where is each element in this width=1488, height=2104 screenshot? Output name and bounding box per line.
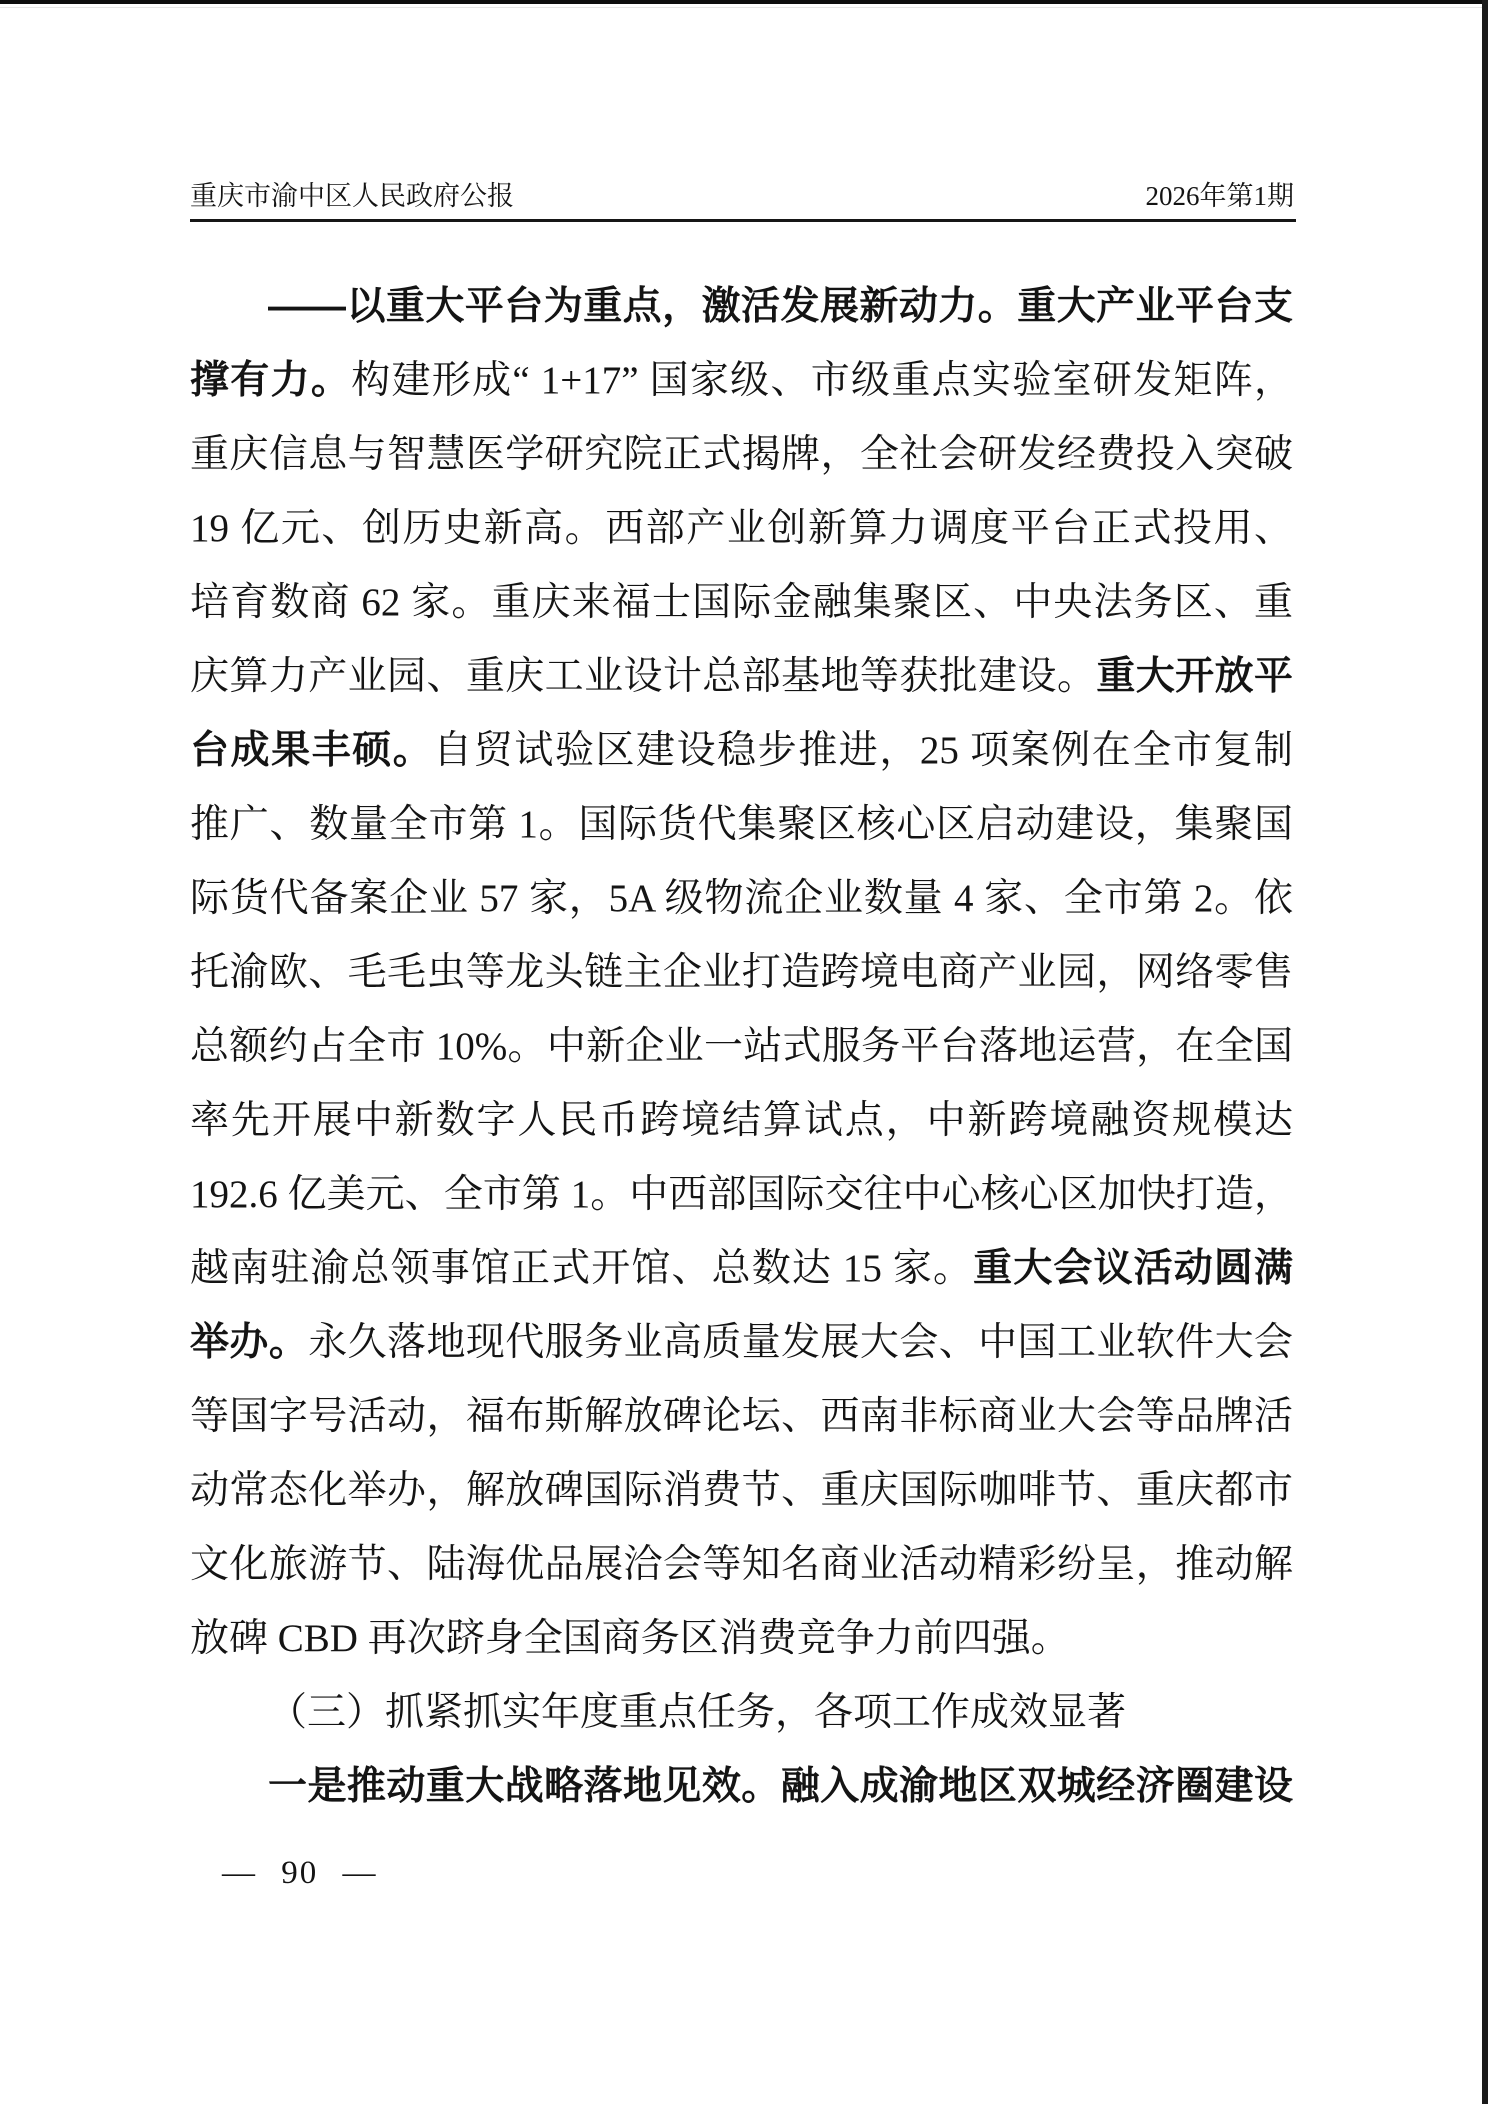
text-line: 192.6 亿美元、全市第 1。中西部国际交往中心核心区加快打造， bbox=[190, 1158, 1293, 1232]
bold-text-run: 台成果丰硕。 bbox=[190, 729, 433, 772]
text-line: 等国字号活动，福布斯解放碑论坛、西南非标商业大会等品牌活 bbox=[190, 1380, 1293, 1454]
document-body: ——以重大平台为重点，激活发展新动力。重大产业平台支撑有力。构建形成“ 1+17… bbox=[190, 270, 1293, 1824]
text-line: （三）抓紧抓实年度重点任务，各项工作成效显著 bbox=[190, 1676, 1293, 1750]
text-run: 托渝欧、毛毛虫等龙头链主企业打造跨境电商产业园，网络零售 bbox=[190, 951, 1293, 994]
text-line: 文化旅游节、陆海优品展洽会等知名商业活动精彩纷呈，推动解 bbox=[190, 1528, 1293, 1602]
text-run: 总额约占全市 10%。中新企业一站式服务平台落地运营，在全国 bbox=[190, 1025, 1293, 1068]
text-line: 培育数商 62 家。重庆来福士国际金融集聚区、中央法务区、重 bbox=[190, 566, 1293, 640]
text-line: 总额约占全市 10%。中新企业一站式服务平台落地运营，在全国 bbox=[190, 1010, 1293, 1084]
text-line: 台成果丰硕。自贸试验区建设稳步推进，25 项案例在全市复制 bbox=[190, 714, 1293, 788]
page-right-border bbox=[1482, 0, 1488, 2104]
header-gazette-title: 重庆市渝中区人民政府公报 bbox=[190, 181, 514, 211]
text-run: 重庆信息与智慧医学研究院正式揭牌，全社会研发经费投入突破 bbox=[190, 433, 1293, 476]
text-run: 永久落地现代服务业高质量发展大会、中国工业软件大会 bbox=[308, 1321, 1293, 1364]
page-top-border bbox=[0, 0, 1488, 4]
text-run: 文化旅游节、陆海优品展洽会等知名商业活动精彩纷呈，推动解 bbox=[190, 1543, 1293, 1586]
text-line: 越南驻渝总领事馆正式开馆、总数达 15 家。重大会议活动圆满 bbox=[190, 1232, 1293, 1306]
text-line: 举办。永久落地现代服务业高质量发展大会、中国工业软件大会 bbox=[190, 1306, 1293, 1380]
text-line: 际货代备案企业 57 家，5A 级物流企业数量 4 家、全市第 2。依 bbox=[190, 862, 1293, 936]
text-run: 自贸试验区建设稳步推进，25 项案例在全市复制 bbox=[433, 729, 1293, 772]
bold-text-run: 撑有力。 bbox=[190, 359, 351, 402]
bold-text-run: 举办。 bbox=[190, 1321, 308, 1364]
page-header: 重庆市渝中区人民政府公报 2026年第1期 bbox=[190, 181, 1294, 211]
text-line: 庆算力产业园、重庆工业设计总部基地等获批建设。重大开放平 bbox=[190, 640, 1293, 714]
text-run: 放碑 CBD 再次跻身全国商务区消费竞争力前四强。 bbox=[190, 1617, 1070, 1660]
text-line: 一是推动重大战略落地见效。融入成渝地区双城经济圈建设 bbox=[190, 1750, 1293, 1824]
text-run: 庆算力产业园、重庆工业设计总部基地等获批建设。 bbox=[190, 655, 1096, 698]
text-line: 撑有力。构建形成“ 1+17” 国家级、市级重点实验室研发矩阵， bbox=[190, 344, 1293, 418]
text-run: 推广、数量全市第 1。国际货代集聚区核心区启动建设，集聚国 bbox=[190, 803, 1293, 846]
text-run: 率先开展中新数字人民币跨境结算试点，中新跨境融资规模达 bbox=[190, 1099, 1293, 1142]
page-top-border-shadow bbox=[0, 7, 1488, 8]
text-line: 19 亿元、创历史新高。西部产业创新算力调度平台正式投用、 bbox=[190, 492, 1293, 566]
text-line: 动常态化举办，解放碑国际消费节、重庆国际咖啡节、重庆都市 bbox=[190, 1454, 1293, 1528]
page-number: — 90 — bbox=[222, 1853, 378, 1893]
header-rule bbox=[190, 219, 1296, 222]
bold-text-run: 一是推动重大战略落地见效。融入成渝地区双城经济圈建设 bbox=[268, 1765, 1293, 1808]
header-issue-number: 2026年第1期 bbox=[1146, 181, 1295, 211]
text-line: 率先开展中新数字人民币跨境结算试点，中新跨境融资规模达 bbox=[190, 1084, 1293, 1158]
text-line: 推广、数量全市第 1。国际货代集聚区核心区启动建设，集聚国 bbox=[190, 788, 1293, 862]
text-line: ——以重大平台为重点，激活发展新动力。重大产业平台支 bbox=[190, 270, 1293, 344]
text-run: 培育数商 62 家。重庆来福士国际金融集聚区、中央法务区、重 bbox=[190, 581, 1293, 624]
text-line: 放碑 CBD 再次跻身全国商务区消费竞争力前四强。 bbox=[190, 1602, 1293, 1676]
text-run: 构建形成“ 1+17” 国家级、市级重点实验室研发矩阵， bbox=[351, 359, 1293, 402]
text-run: 越南驻渝总领事馆正式开馆、总数达 15 家。 bbox=[190, 1247, 973, 1290]
text-run: 际货代备案企业 57 家，5A 级物流企业数量 4 家、全市第 2。依 bbox=[190, 877, 1293, 920]
text-run: 192.6 亿美元、全市第 1。中西部国际交往中心核心区加快打造， bbox=[190, 1173, 1293, 1216]
text-line: 重庆信息与智慧医学研究院正式揭牌，全社会研发经费投入突破 bbox=[190, 418, 1293, 492]
bold-text-run: 重大开放平 bbox=[1096, 655, 1293, 698]
text-run: 等国字号活动，福布斯解放碑论坛、西南非标商业大会等品牌活 bbox=[190, 1395, 1293, 1438]
bold-text-run: ——以重大平台为重点，激活发展新动力。重大产业平台支 bbox=[268, 285, 1293, 328]
text-run: （三）抓紧抓实年度重点任务，各项工作成效显著 bbox=[268, 1691, 1126, 1734]
text-line: 托渝欧、毛毛虫等龙头链主企业打造跨境电商产业园，网络零售 bbox=[190, 936, 1293, 1010]
bold-text-run: 重大会议活动圆满 bbox=[973, 1247, 1293, 1290]
text-run: 动常态化举办，解放碑国际消费节、重庆国际咖啡节、重庆都市 bbox=[190, 1469, 1293, 1512]
text-run: 19 亿元、创历史新高。西部产业创新算力调度平台正式投用、 bbox=[190, 507, 1293, 550]
